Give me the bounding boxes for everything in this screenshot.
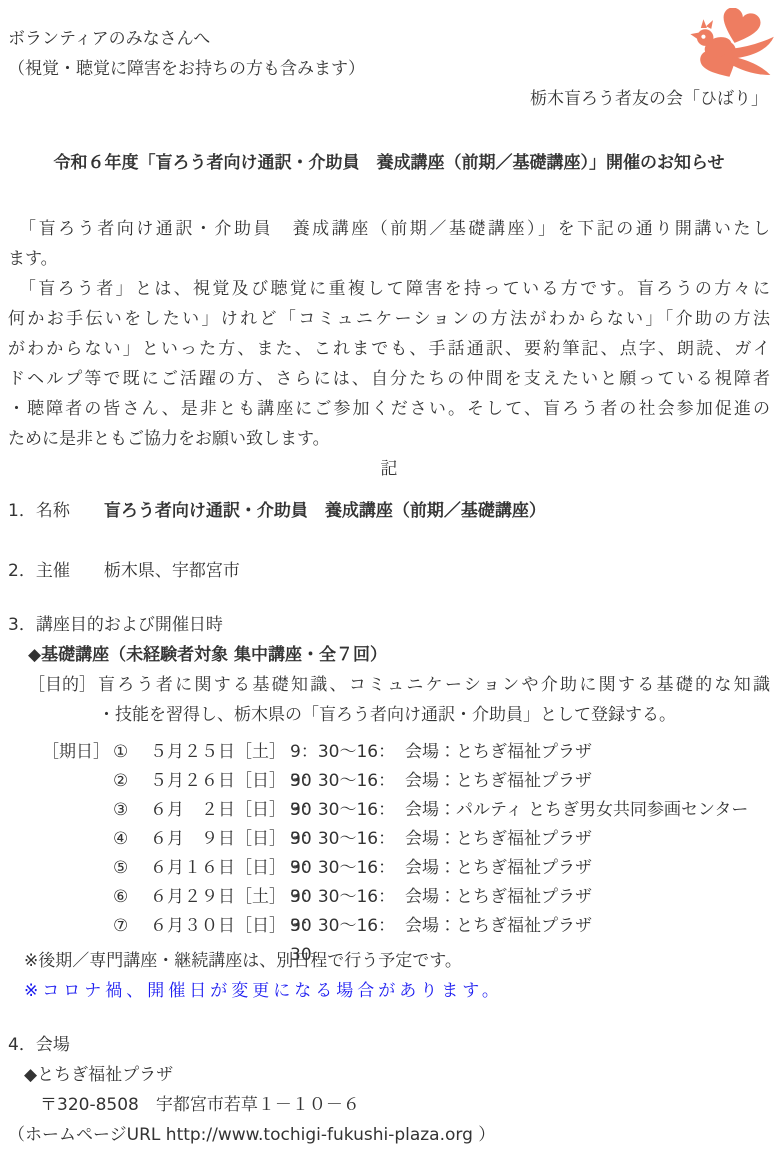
session-number: ③ xyxy=(113,796,150,825)
note-later-course: ※後期／専門講座・継続講座は、別日程で行う予定です。 xyxy=(24,946,770,976)
session-number: ② xyxy=(113,767,150,796)
basic-course-heading: ◆基礎講座（未経験者対象 集中講座・全７回） xyxy=(28,640,770,670)
session-venue: 会場：とちぎ福祉プラザ xyxy=(405,883,770,912)
paragraph-line: 「盲ろう者」とは、視覚及び聴覚に重複して障害を持っている方です。盲ろうの方々に xyxy=(8,274,770,304)
session-venue: 会場：パルティ とちぎ男女共同参画センター xyxy=(405,796,770,825)
session-venue: 会場：とちぎ福祉プラザ xyxy=(405,854,770,883)
session-time: 9：30～16：30 xyxy=(290,738,405,767)
session-venue: 会場：とちぎ福祉プラザ xyxy=(405,767,770,796)
session-number: ① xyxy=(113,738,150,767)
paragraph-line: ・聴障者の皆さん、是非とも講座にご参加ください。そして、盲ろう者の社会参加促進の xyxy=(8,394,770,424)
section3-label: 3．講座目的および開催日時 xyxy=(8,610,770,640)
schedule-row: ⑥ ６月２９日［土］ 9：30～16：30 会場：とちぎ福祉プラザ xyxy=(8,883,770,912)
paragraph-line: 「盲ろう者向け通訳・介助員 養成講座（前期／基礎講座）」を下記の通り開講いたし xyxy=(8,214,770,244)
purpose-line: 盲ろう者に関する基礎知識、コミュニケーションや介助に関する基礎的な知識 xyxy=(98,670,770,700)
greeting-note: （視覚・聴覚に障害をお持ちの方も含みます） xyxy=(8,54,770,84)
purpose-label: ［目的］ xyxy=(28,670,98,730)
session-time: 9：30～16：30 xyxy=(290,767,405,796)
document-title: 令和６年度「盲ろう者向け通訳・介助員 養成講座（前期／基礎講座）」開催のお知らせ xyxy=(8,148,770,178)
section1-label: 1．名称 xyxy=(8,501,70,521)
session-date: ６月２９日［土］ xyxy=(150,883,290,912)
paragraph-line: 何かお手伝いをしたい」けれど「コミュニケーションの方法がわからない」「介助の方法 xyxy=(8,304,770,334)
session-date: ６月３０日［日］ xyxy=(150,912,290,941)
session-venue: 会場：とちぎ福祉プラザ xyxy=(405,912,770,941)
session-date: ５月２５日［土］ xyxy=(150,738,290,767)
session-number: ⑥ xyxy=(113,883,150,912)
session-time: 9：30～16：30 xyxy=(290,854,405,883)
section2-label: 2．主催 xyxy=(8,561,70,581)
session-time: 9：30～16：30 xyxy=(290,912,405,941)
schedule-list: ［期日］ ① ５月２５日［土］ 9：30～16：30 会場：とちぎ福祉プラザ ②… xyxy=(8,738,770,941)
session-time: 9：30～16：30 xyxy=(290,883,405,912)
schedule-row: ② ５月２６日［日］ 9：30～16：30 会場：とちぎ福祉プラザ xyxy=(8,767,770,796)
bird-flower-logo-icon xyxy=(689,8,777,88)
section-venue: 4．会場 ◆とちぎ福祉プラザ 〒320-8508 宇都宮市若草１－１０－６ （ホ… xyxy=(8,1030,770,1150)
record-mark: 記 xyxy=(8,454,770,484)
session-date: ５月２６日［日］ xyxy=(150,767,290,796)
schedule-row: ③ ６月 ２日［日］ 9：30～16：30 会場：パルティ とちぎ男女共同参画セ… xyxy=(8,796,770,825)
organization-name: 栃木盲ろう者友の会「ひばり」 xyxy=(8,84,770,114)
purpose-line: ・技能を習得し、栃木県の「盲ろう者向け通訳・介助員」として登録する。 xyxy=(98,700,770,730)
organizer-value: 栃木県、宇都宮市 xyxy=(104,561,240,581)
course-name: 盲ろう者向け通訳・介助員 養成講座（前期／基礎講座） xyxy=(104,501,546,521)
session-date: ６月 ９日［日］ xyxy=(150,825,290,854)
paragraph-line: がわからない」といった方、また、これまでも、手話通訳、要約筆記、点字、朗読、ガイ xyxy=(8,334,770,364)
schedule-row: ⑤ ６月１６日［日］ 9：30～16：30 会場：とちぎ福祉プラザ xyxy=(8,854,770,883)
greeting-line: ボランティアのみなさんへ xyxy=(8,0,770,54)
session-venue: 会場：とちぎ福祉プラザ xyxy=(405,738,770,767)
section-name: 1．名称盲ろう者向け通訳・介助員 養成講座（前期／基礎講座） xyxy=(8,496,770,526)
section4-label: 4．会場 xyxy=(8,1030,770,1060)
session-number: ④ xyxy=(113,825,150,854)
schedule-row: ④ ６月 ９日［日］ 9：30～16：30 会場：とちぎ福祉プラザ xyxy=(8,825,770,854)
paragraph-line: ドヘルプ等で既にご活躍の方、さらには、自分たちの仲間を支えたいと願っている視障者 xyxy=(8,364,770,394)
venue-name: ◆とちぎ福祉プラザ xyxy=(24,1060,770,1090)
schedule-row: ［期日］ ① ５月２５日［土］ 9：30～16：30 会場：とちぎ福祉プラザ xyxy=(8,738,770,767)
session-venue: 会場：とちぎ福祉プラザ xyxy=(405,825,770,854)
section-purpose-dates: 3．講座目的および開催日時 ◆基礎講座（未経験者対象 集中講座・全７回） ［目的… xyxy=(8,610,770,1006)
note-covid: ※コロナ禍、開催日が変更になる場合があります。 xyxy=(24,976,770,1006)
dates-label: ［期日］ xyxy=(42,738,113,767)
schedule-row: ⑦ ６月３０日［日］ 9：30～16：30 会場：とちぎ福祉プラザ xyxy=(8,912,770,941)
session-date: ６月 ２日［日］ xyxy=(150,796,290,825)
purpose-block: ［目的］ 盲ろう者に関する基礎知識、コミュニケーションや介助に関する基礎的な知識… xyxy=(28,670,770,730)
venue-homepage-url: （ホームページURL http://www.tochigi-fukushi-pl… xyxy=(8,1120,770,1150)
section-organizer: 2．主催栃木県、宇都宮市 xyxy=(8,556,770,586)
intro-paragraphs: 「盲ろう者向け通訳・介助員 養成講座（前期／基礎講座）」を下記の通り開講いたし … xyxy=(8,214,770,454)
session-number: ⑤ xyxy=(113,854,150,883)
session-number: ⑦ xyxy=(113,912,150,941)
session-date: ６月１６日［日］ xyxy=(150,854,290,883)
session-time: 9：30～16：30 xyxy=(290,825,405,854)
venue-address: 〒320-8508 宇都宮市若草１－１０－６ xyxy=(40,1090,770,1120)
document-page: ボランティアのみなさんへ （視覚・聴覚に障害をお持ちの方も含みます） 栃木盲ろう… xyxy=(0,0,779,1167)
paragraph-line: ために是非ともご協力をお願い致します。 xyxy=(8,424,770,454)
paragraph-line: ます。 xyxy=(8,244,770,274)
session-time: 9：30～16：30 xyxy=(290,796,405,825)
